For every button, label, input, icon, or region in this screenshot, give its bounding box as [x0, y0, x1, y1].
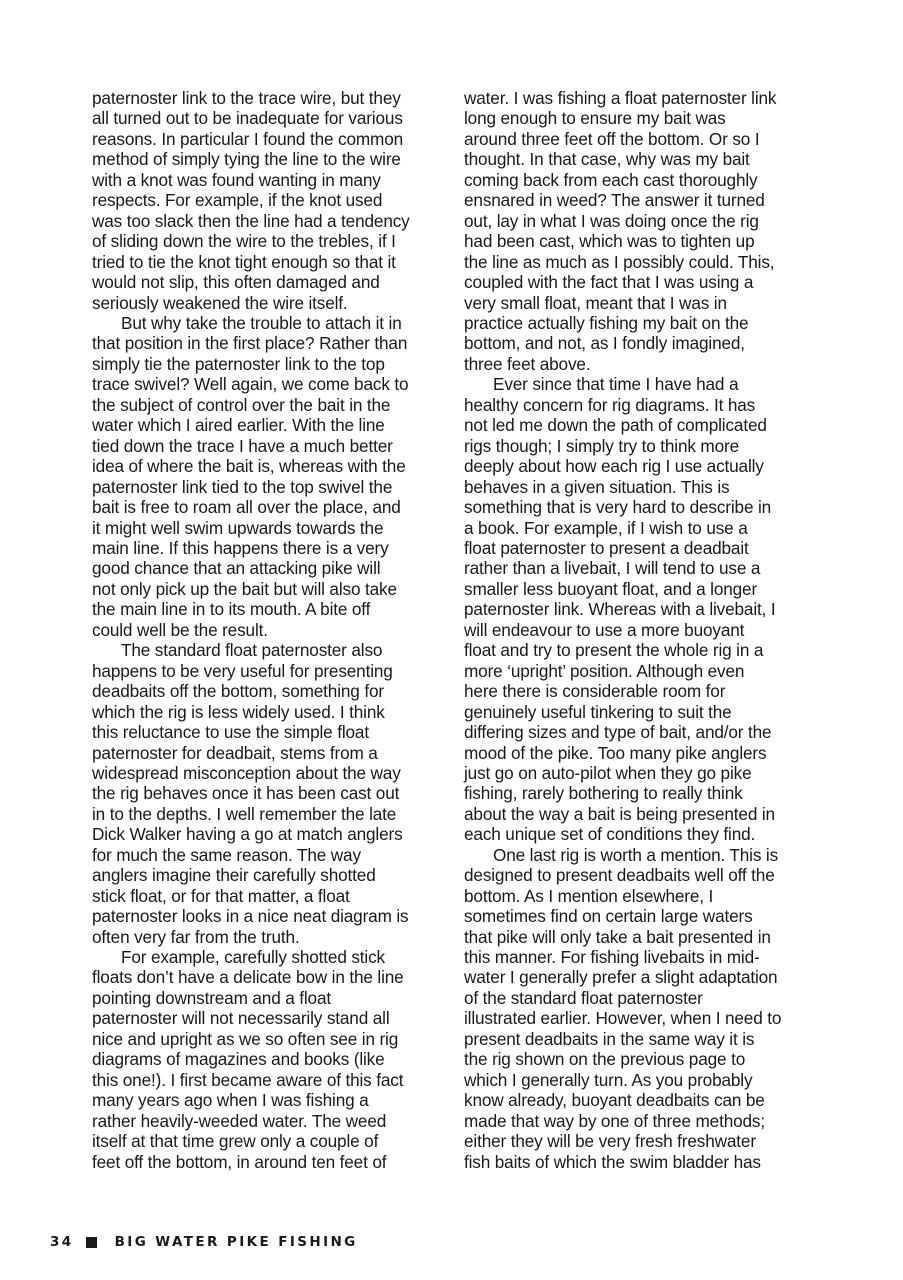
text-line: respects. For example, if the knot used	[92, 190, 452, 210]
text-line: water which I aired earlier. With the li…	[92, 415, 452, 435]
text-line: feet off the bottom, in around ten feet …	[92, 1152, 452, 1172]
text-line: fishing, rarely bothering to really thin…	[464, 783, 824, 803]
text-line: made that way by one of three methods;	[464, 1111, 824, 1131]
text-line: long enough to ensure my bait was	[464, 108, 824, 128]
paragraph-first-line: Ever since that time I have had a	[464, 374, 824, 394]
text-line: three feet above.	[464, 354, 824, 374]
text-line: that position in the first place? Rather…	[92, 333, 452, 353]
text-line: more ‘upright’ position. Although even	[464, 661, 824, 681]
text-line: sometimes find on certain large waters	[464, 906, 824, 926]
text-line: many years ago when I was fishing a	[92, 1090, 452, 1110]
text-line: will endeavour to use a more buoyant	[464, 620, 824, 640]
text-line: all turned out to be inadequate for vari…	[92, 108, 452, 128]
text-line: deeply about how each rig I use actually	[464, 456, 824, 476]
text-line: this reluctance to use the simple float	[92, 722, 452, 742]
text-line: not only pick up the bait but will also …	[92, 579, 452, 599]
text-line: the line as much as I possibly could. Th…	[464, 252, 824, 272]
text-line: paternoster link to the trace wire, but …	[92, 88, 452, 108]
text-line: out, lay in what I was doing once the ri…	[464, 211, 824, 231]
text-line: deadbaits off the bottom, something for	[92, 681, 452, 701]
text-line: float and try to present the whole rig i…	[464, 640, 824, 660]
text-line: thought. In that case, why was my bait	[464, 149, 824, 169]
text-line: it might well swim upwards towards the	[92, 518, 452, 538]
text-line: rather than a livebait, I will tend to u…	[464, 558, 824, 578]
text-line: healthy concern for rig diagrams. It has	[464, 395, 824, 415]
left-text-column: paternoster link to the trace wire, but …	[92, 88, 452, 1172]
text-line: of the standard float paternoster	[464, 988, 824, 1008]
paragraph-first-line: But why take the trouble to attach it in	[92, 313, 452, 333]
text-line: was too slack then the line had a tenden…	[92, 211, 452, 231]
text-line: a book. For example, if I wish to use a	[464, 518, 824, 538]
text-line: water. I was fishing a float paternoster…	[464, 88, 824, 108]
text-line: which I generally turn. As you probably	[464, 1070, 824, 1090]
text-line: mood of the pike. Too many pike anglers	[464, 743, 824, 763]
text-line: coming back from each cast thoroughly	[464, 170, 824, 190]
text-line: fish baits of which the swim bladder has	[464, 1152, 824, 1172]
text-line: something that is very hard to describe …	[464, 497, 824, 517]
text-line: diagrams of magazines and books (like	[92, 1049, 452, 1069]
text-line: just go on auto-pilot when they go pike	[464, 763, 824, 783]
text-line: float paternoster to present a deadbait	[464, 538, 824, 558]
text-line: paternoster link. Whereas with a livebai…	[464, 599, 824, 619]
text-line: itself at that time grew only a couple o…	[92, 1131, 452, 1151]
text-line: nice and upright as we so often see in r…	[92, 1029, 452, 1049]
text-line: very small float, meant that I was in	[464, 293, 824, 313]
text-line: which the rig is less widely used. I thi…	[92, 702, 452, 722]
text-line: ensnared in weed? The answer it turned	[464, 190, 824, 210]
text-line: either they will be very fresh freshwate…	[464, 1131, 824, 1151]
text-line: the subject of control over the bait in …	[92, 395, 452, 415]
text-line: often very far from the truth.	[92, 927, 452, 947]
text-line: had been cast, which was to tighten up	[464, 231, 824, 251]
text-line: that pike will only take a bait presente…	[464, 927, 824, 947]
text-line: happens to be very useful for presenting	[92, 661, 452, 681]
text-line: bait is free to roam all over the place,…	[92, 497, 452, 517]
paragraph-first-line: For example, carefully shotted stick	[92, 947, 452, 967]
text-line: with a knot was found wanting in many	[92, 170, 452, 190]
text-line: for much the same reason. The way	[92, 845, 452, 865]
text-line: not led me down the path of complicated	[464, 415, 824, 435]
running-footer: 34 BIG WATER PIKE FISHING	[50, 1234, 358, 1250]
text-line: each unique set of conditions they find.	[464, 824, 824, 844]
paragraph-first-line: The standard float paternoster also	[92, 640, 452, 660]
text-line: the rig behaves once it has been cast ou…	[92, 783, 452, 803]
text-line: could well be the result.	[92, 620, 452, 640]
text-line: Dick Walker having a go at match anglers	[92, 824, 452, 844]
text-line: stick float, or for that matter, a float	[92, 886, 452, 906]
text-line: tried to tie the knot tight enough so th…	[92, 252, 452, 272]
text-line: floats don’t have a delicate bow in the …	[92, 967, 452, 987]
text-line: know already, buoyant deadbaits can be	[464, 1090, 824, 1110]
book-title: BIG WATER PIKE FISHING	[115, 1234, 358, 1250]
text-line: paternoster for deadbait, stems from a	[92, 743, 452, 763]
right-text-column: water. I was fishing a float paternoster…	[464, 88, 824, 1172]
text-line: illustrated earlier. However, when I nee…	[464, 1008, 824, 1028]
text-line: around three feet off the bottom. Or so …	[464, 129, 824, 149]
text-line: present deadbaits in the same way it is	[464, 1029, 824, 1049]
text-line: this manner. For fishing livebaits in mi…	[464, 947, 824, 967]
text-line: water I generally prefer a slight adapta…	[464, 967, 824, 987]
text-line: the rig shown on the previous page to	[464, 1049, 824, 1069]
text-line: coupled with the fact that I was using a	[464, 272, 824, 292]
text-line: bottom. As I mention elsewhere, I	[464, 886, 824, 906]
text-line: anglers imagine their carefully shotted	[92, 865, 452, 885]
text-line: would not slip, this often damaged and	[92, 272, 452, 292]
text-line: bottom, and not, as I fondly imagined,	[464, 333, 824, 353]
paragraph-first-line: One last rig is worth a mention. This is	[464, 845, 824, 865]
text-line: smaller less buoyant float, and a longer	[464, 579, 824, 599]
text-line: widespread misconception about the way	[92, 763, 452, 783]
square-bullet-icon	[86, 1237, 97, 1248]
text-line: paternoster link tied to the top swivel …	[92, 477, 452, 497]
text-line: trace swivel? Well again, we come back t…	[92, 374, 452, 394]
text-line: designed to present deadbaits well off t…	[464, 865, 824, 885]
text-line: of sliding down the wire to the trebles,…	[92, 231, 452, 251]
text-line: idea of where the bait is, whereas with …	[92, 456, 452, 476]
text-line: paternoster will not necessarily stand a…	[92, 1008, 452, 1028]
text-line: seriously weakened the wire itself.	[92, 293, 452, 313]
text-line: good chance that an attacking pike will	[92, 558, 452, 578]
text-line: behaves in a given situation. This is	[464, 477, 824, 497]
text-line: method of simply tying the line to the w…	[92, 149, 452, 169]
text-line: paternoster looks in a nice neat diagram…	[92, 906, 452, 926]
text-line: rigs though; I simply try to think more	[464, 436, 824, 456]
page-number: 34	[50, 1234, 74, 1250]
text-line: here there is considerable room for	[464, 681, 824, 701]
text-line: differing sizes and type of bait, and/or…	[464, 722, 824, 742]
text-line: in to the depths. I well remember the la…	[92, 804, 452, 824]
text-line: tied down the trace I have a much better	[92, 436, 452, 456]
text-line: the main line in to its mouth. A bite of…	[92, 599, 452, 619]
text-line: rather heavily-weeded water. The weed	[92, 1111, 452, 1131]
text-line: about the way a bait is being presented …	[464, 804, 824, 824]
text-line: simply tie the paternoster link to the t…	[92, 354, 452, 374]
text-line: main line. If this happens there is a ve…	[92, 538, 452, 558]
text-line: practice actually fishing my bait on the	[464, 313, 824, 333]
text-line: genuinely useful tinkering to suit the	[464, 702, 824, 722]
text-line: this one!). I first became aware of this…	[92, 1070, 452, 1090]
text-line: pointing downstream and a float	[92, 988, 452, 1008]
text-line: reasons. In particular I found the commo…	[92, 129, 452, 149]
